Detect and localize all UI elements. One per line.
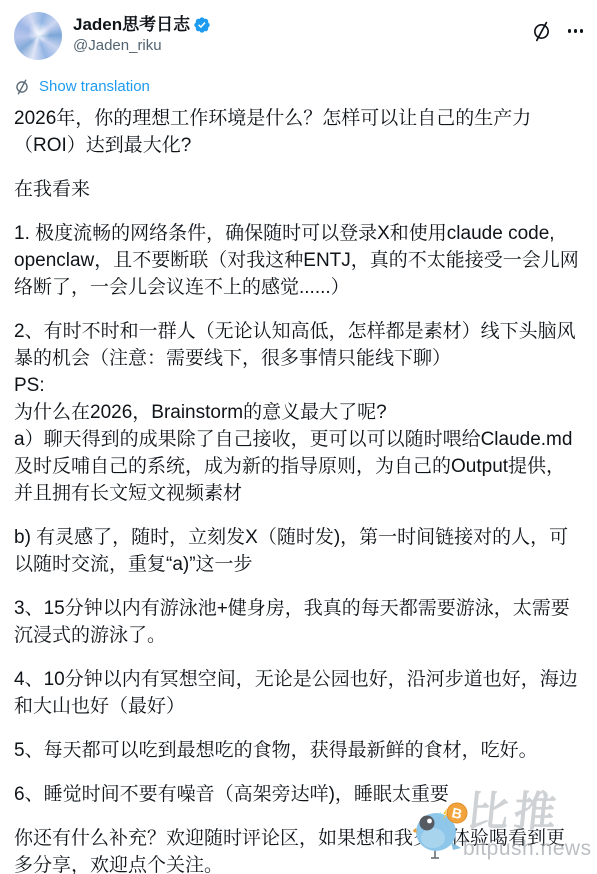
tweet-header: Jaden思考日志 @Jaden_riku (0, 0, 597, 60)
author-name-row[interactable]: Jaden思考日志 (73, 15, 531, 35)
tweet-text: 2026年，你的理想工作环境是什么？怎样可以让自己的生产力（ROI）达到最大化?… (14, 105, 583, 874)
tweet-paragraph: 4、10分钟以内有冥想空间，无论是公园也好，沿河步道也好，海边和大山也好（最好） (14, 666, 583, 720)
tweet-paragraph: 你还有什么补充？欢迎随时评论区，如果想和我交流体验喝看到更多分享，欢迎点个关注。 (14, 825, 583, 874)
tweet-paragraph: 6、睡觉时间不要有噪音（高架旁达咩)，睡眠太重要 (14, 781, 583, 808)
tweet-paragraph: 1. 极度流畅的网络条件，确保随时可以登录X和使用claude code, op… (14, 220, 583, 301)
show-translation-link[interactable]: Show translation (14, 78, 150, 96)
show-translation-label: Show translation (39, 78, 150, 96)
verified-badge-icon (193, 16, 211, 34)
header-actions (531, 12, 584, 42)
more-menu-icon[interactable] (568, 21, 584, 33)
tweet-paragraph: 5、每天都可以吃到最想吃的食物，获得最新鲜的食材，吃好。 (14, 737, 583, 764)
tweet-paragraph: 2026年，你的理想工作环境是什么？怎样可以让自己的生产力（ROI）达到最大化? (14, 105, 583, 159)
avatar[interactable] (14, 12, 62, 60)
tweet-paragraph: 3、15分钟以内有游泳池+健身房，我真的每天都需要游泳，太需要沉浸式的游泳了。 (14, 595, 583, 649)
tweet-paragraph: 2、有时不时和一群人（无论认知高低，怎样都是素材）线下头脑风暴的机会（注意：需要… (14, 318, 583, 507)
translate-grok-icon (14, 79, 30, 95)
grok-icon[interactable] (531, 21, 552, 42)
tweet-paragraph: b) 有灵感了，随时，立刻发X（随时发)，第一时间链接对的人，可以随时交流，重复… (14, 524, 583, 578)
author-handle: @Jaden_riku (73, 36, 531, 55)
tweet-paragraph: 在我看来 (14, 176, 583, 203)
author-block: Jaden思考日志 @Jaden_riku (73, 12, 531, 55)
author-display-name: Jaden思考日志 (73, 15, 190, 35)
